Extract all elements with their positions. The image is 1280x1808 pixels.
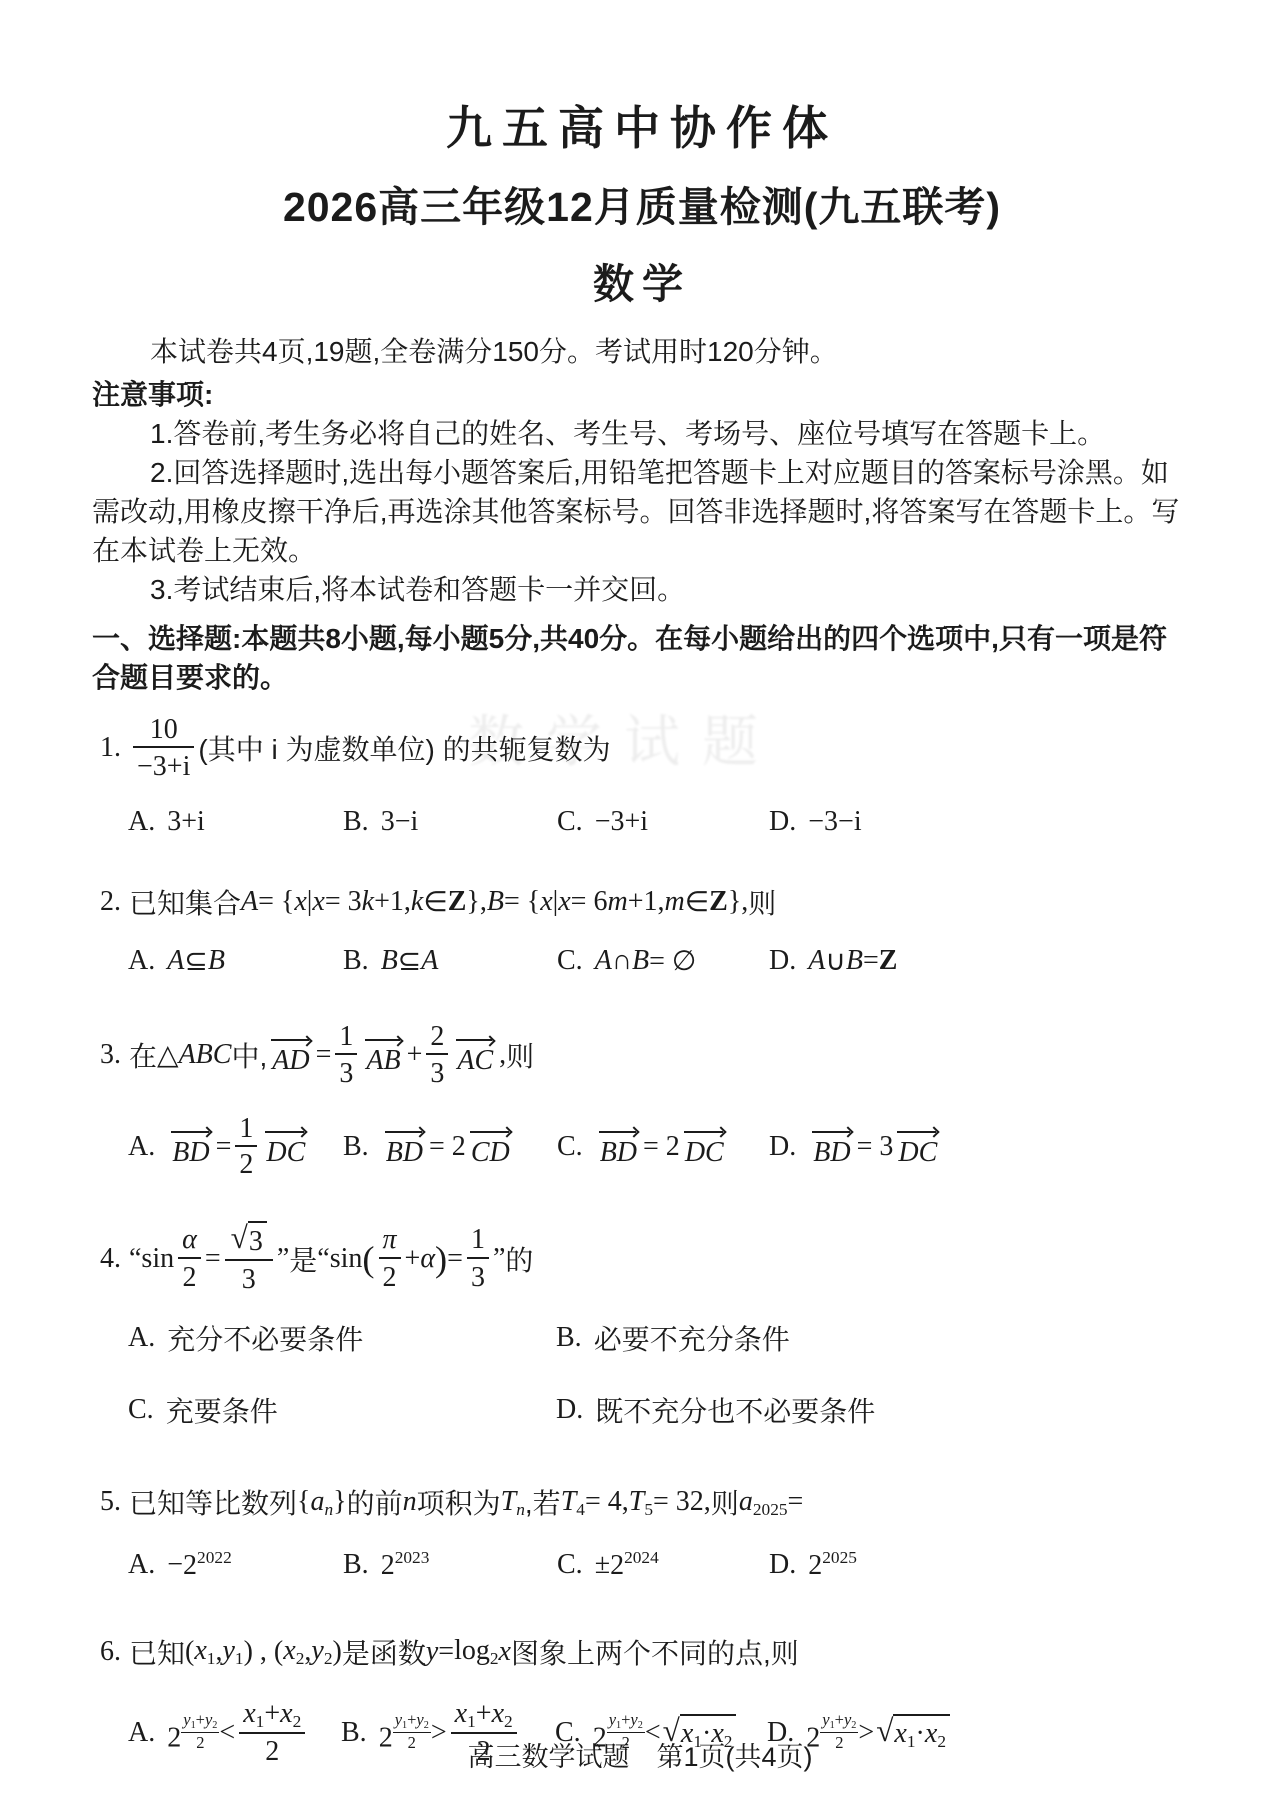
page-content: 九五高中协作体 2026高三年级12月质量检测(九五联考) 数学 本试卷共4页,… xyxy=(0,0,1280,1769)
section-1-heading: 一、选择题:本题共8小题,每小题5分,共40分。在每小题给出的四个选项中,只有一… xyxy=(92,619,1192,697)
question-5-option-d: D.22025 xyxy=(769,1548,1192,1582)
question-1: 1. 10−3+i(其中 i 为虚数单位) 的共轭复数为 A.3+i B.3−i… xyxy=(92,713,1192,838)
question-4: 4. “sinα2 = √33”是“sin(π2+α) = 13”的 A.充分不… xyxy=(92,1221,1192,1430)
question-3-option-a: A.BD = 12DC xyxy=(128,1113,343,1182)
option-body: BD = 2CD xyxy=(381,1125,516,1169)
option-key: C. xyxy=(557,945,583,977)
page-footer: 高三数学试题 第1页(共4页) xyxy=(0,1735,1280,1774)
option-key: B. xyxy=(343,1131,369,1163)
question-1-options: A.3+i B.3−i C.−3+i D.−3−i xyxy=(92,806,1192,838)
option-body: A ⊆ B xyxy=(167,944,225,978)
option-key: A. xyxy=(128,1549,155,1581)
option-key: C. xyxy=(557,1131,583,1163)
option-body: BD = 3DC xyxy=(808,1125,943,1169)
option-key: D. xyxy=(769,945,796,977)
option-body: 既不充分也不必要条件 xyxy=(595,1390,875,1430)
question-4-option-c: C.充要条件 xyxy=(128,1390,556,1430)
question-2-text: 已知集合 A = {x | x = 3k+1, k ∈ Z}, B = {x |… xyxy=(129,882,776,922)
question-3-stem: 3. 在△ABC中,AD = 13AB + 23AC,则 xyxy=(92,1020,1192,1091)
option-body: 3−i xyxy=(381,806,419,838)
question-3-option-d: D.BD = 3DC xyxy=(769,1113,1192,1182)
question-5-number: 5. xyxy=(100,1486,121,1518)
question-1-stem: 1. 10−3+i(其中 i 为虚数单位) 的共轭复数为 xyxy=(92,713,1192,784)
option-key: D. xyxy=(769,1549,796,1581)
option-key: B. xyxy=(343,945,369,977)
question-5-option-c: C.±22024 xyxy=(557,1548,769,1582)
question-4-options-row-1: A.充分不必要条件 B.必要不充分条件 xyxy=(92,1318,1192,1358)
notice-heading: 注意事项: xyxy=(92,375,1192,414)
question-4-text: “sinα2 = √33”是“sin(π2+α) = 13”的 xyxy=(129,1221,533,1296)
option-key: A. xyxy=(128,806,155,838)
option-key: A. xyxy=(128,1131,155,1163)
subject-title: 数学 xyxy=(92,251,1192,310)
option-key: D. xyxy=(556,1394,583,1426)
question-1-text: 10−3+i(其中 i 为虚数单位) 的共轭复数为 xyxy=(129,713,611,784)
question-2-number: 2. xyxy=(100,886,121,918)
option-body: BD = 12DC xyxy=(167,1113,311,1182)
question-6-stem: 6. 已知 (x1, y1) , (x2, y2) 是函数 y = log2x … xyxy=(92,1632,1192,1672)
option-body: A∩B = ∅ xyxy=(595,944,697,978)
exam-intro: 本试卷共4页,19题,全卷满分150分。考试用时120分钟。 xyxy=(92,332,1192,371)
option-key: A. xyxy=(128,1322,155,1354)
question-5-option-b: B.22023 xyxy=(343,1548,557,1582)
exam-paper-page: 数学试题 九五高中协作体 2026高三年级12月质量检测(九五联考) 数学 本试… xyxy=(0,0,1280,1808)
question-3-option-b: B.BD = 2CD xyxy=(343,1113,557,1182)
question-6-text: 已知 (x1, y1) , (x2, y2) 是函数 y = log2x 图象上… xyxy=(129,1632,799,1672)
question-3: 3. 在△ABC中,AD = 13AB + 23AC,则 A.BD = 12DC… xyxy=(92,1020,1192,1182)
question-3-option-c: C.BD = 2DC xyxy=(557,1113,769,1182)
question-3-options: A.BD = 12DC B.BD = 2CD C.BD = 2DC D.BD =… xyxy=(92,1113,1192,1182)
option-key: C. xyxy=(557,1549,583,1581)
notice-item-1: 1.答卷前,考生务必将自己的姓名、考生号、考场号、座位号填写在答题卡上。 xyxy=(92,414,1192,453)
option-body: 22023 xyxy=(381,1548,430,1582)
question-4-option-d: D.既不充分也不必要条件 xyxy=(556,1390,1192,1430)
option-key: B. xyxy=(343,806,369,838)
question-5-stem: 5. 已知等比数列 {an} 的前 n 项积为 Tn,若 T4 = 4, T5 … xyxy=(92,1482,1192,1522)
question-4-number: 4. xyxy=(100,1243,121,1275)
option-key: B. xyxy=(343,1549,369,1581)
question-2-option-b: B.B ⊆ A xyxy=(343,944,557,978)
question-2-option-c: C.A∩B = ∅ xyxy=(557,944,769,978)
option-body: 3+i xyxy=(167,806,205,838)
question-6-number: 6. xyxy=(100,1636,121,1668)
question-5-text: 已知等比数列 {an} 的前 n 项积为 Tn,若 T4 = 4, T5 = 3… xyxy=(129,1482,803,1522)
option-body: B ⊆ A xyxy=(381,944,439,978)
question-1-option-b: B.3−i xyxy=(343,806,557,838)
option-body: 充分不必要条件 xyxy=(167,1318,363,1358)
exam-title: 2026高三年级12月质量检测(九五联考) xyxy=(92,174,1192,233)
option-body: ±22024 xyxy=(595,1548,659,1582)
question-4-option-a: A.充分不必要条件 xyxy=(128,1318,556,1358)
option-key: D. xyxy=(769,1131,796,1163)
option-key: A. xyxy=(128,945,155,977)
question-4-option-b: B.必要不充分条件 xyxy=(556,1318,1192,1358)
question-2: 2. 已知集合 A = {x | x = 3k+1, k ∈ Z}, B = {… xyxy=(92,882,1192,978)
option-body: −3−i xyxy=(808,806,861,838)
question-2-options: A.A ⊆ B B.B ⊆ A C.A∩B = ∅ D.A∪B = Z xyxy=(92,944,1192,978)
question-5-options: A.− 22022 B.22023 C.±22024 D.22025 xyxy=(92,1548,1192,1582)
option-body: −3+i xyxy=(595,806,648,838)
question-4-stem: 4. “sinα2 = √33”是“sin(π2+α) = 13”的 xyxy=(92,1221,1192,1296)
question-5-option-a: A.− 22022 xyxy=(128,1548,343,1582)
option-body: BD = 2DC xyxy=(595,1125,730,1169)
notice-item-3: 3.考试结束后,将本试卷和答题卡一并交回。 xyxy=(92,570,1192,609)
option-body: 必要不充分条件 xyxy=(594,1318,790,1358)
question-2-option-a: A.A ⊆ B xyxy=(128,944,343,978)
question-4-options-row-2: C.充要条件 D.既不充分也不必要条件 xyxy=(92,1390,1192,1430)
option-body: 充要条件 xyxy=(166,1390,278,1430)
option-body: 22025 xyxy=(808,1548,857,1582)
question-1-number: 1. xyxy=(100,732,121,764)
notice-item-2: 2.回答选择题时,选出每小题答案后,用铅笔把答题卡上对应题目的答案标号涂黑。如需… xyxy=(92,453,1192,570)
question-5: 5. 已知等比数列 {an} 的前 n 项积为 Tn,若 T4 = 4, T5 … xyxy=(92,1482,1192,1582)
option-body: A∪B = Z xyxy=(808,944,897,978)
option-key: D. xyxy=(769,806,796,838)
option-key: C. xyxy=(128,1394,154,1426)
question-1-option-d: D.−3−i xyxy=(769,806,1192,838)
option-key: B. xyxy=(556,1322,582,1354)
option-body: − 22022 xyxy=(167,1548,232,1582)
exam-organization-title: 九五高中协作体 xyxy=(92,92,1192,158)
option-key: C. xyxy=(557,806,583,838)
question-3-number: 3. xyxy=(100,1039,121,1071)
question-1-option-c: C.−3+i xyxy=(557,806,769,838)
question-2-stem: 2. 已知集合 A = {x | x = 3k+1, k ∈ Z}, B = {… xyxy=(92,882,1192,922)
question-2-option-d: D.A∪B = Z xyxy=(769,944,1192,978)
question-3-text: 在△ABC中,AD = 13AB + 23AC,则 xyxy=(129,1020,534,1091)
question-1-option-a: A.3+i xyxy=(128,806,343,838)
